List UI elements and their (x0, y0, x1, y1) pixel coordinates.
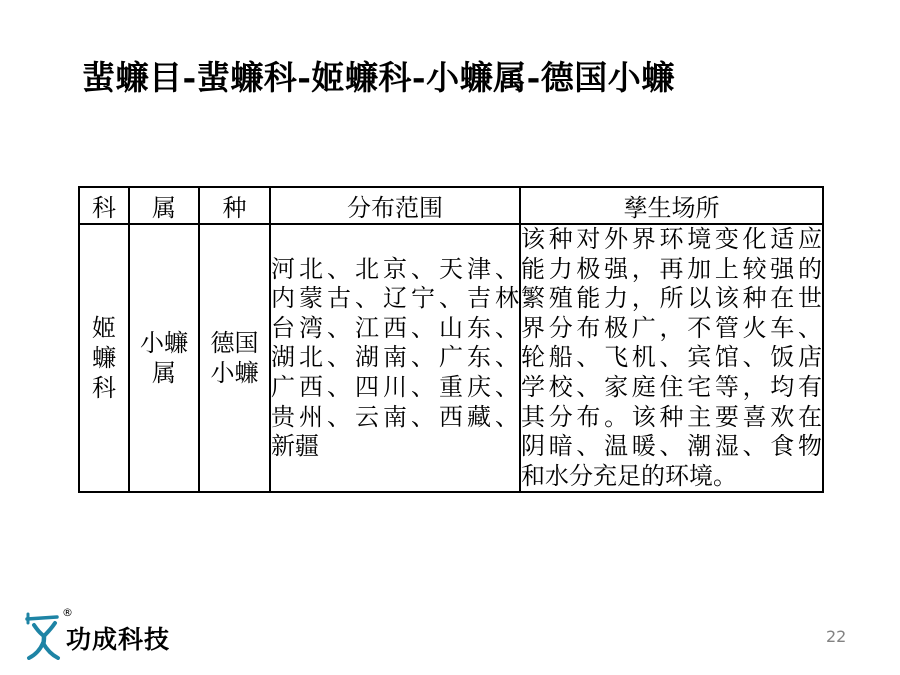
registered-trademark-symbol: ® (62, 606, 73, 619)
column-header-genus: 属 (129, 187, 199, 224)
genus-cell: 小蠊属 (129, 224, 199, 492)
habitat-cell: 该种对外界环境变化适应能力极强，再加上较强的繁殖能力，所以该种在世界分布极广，不… (520, 224, 823, 492)
distribution-cell: 河北、北京、天津、内蒙古、辽宁、吉林台湾、江西、山东、湖北、湖南、广东、广西、四… (270, 224, 520, 492)
logo-mark-icon (24, 610, 64, 660)
page-number: 22 (826, 627, 846, 646)
company-name: 功成科技 (66, 620, 170, 656)
column-header-species: 种 (199, 187, 270, 224)
table-header-row: 科 属 种 分布范围 孳生场所 (79, 187, 823, 224)
family-cell: 姬蠊科 (79, 224, 129, 492)
taxonomy-table: 科 属 种 分布范围 孳生场所 姬蠊科 小蠊属 德国小蠊 河北、北京、天津、内蒙… (78, 186, 824, 493)
column-header-family: 科 (79, 187, 129, 224)
column-header-habitat: 孳生场所 (520, 187, 823, 224)
column-header-distribution: 分布范围 (270, 187, 520, 224)
slide: 蜚蠊目-蜚蠊科-姬蠊科-小蠊属-德国小蠊 科 属 种 分布范围 孳生场所 姬蠊科… (0, 0, 900, 675)
species-cell: 德国小蠊 (199, 224, 270, 492)
page-title: 蜚蠊目-蜚蠊科-姬蠊科-小蠊属-德国小蠊 (82, 52, 675, 99)
company-logo: ® 功成科技 (24, 606, 254, 664)
table-row: 姬蠊科 小蠊属 德国小蠊 河北、北京、天津、内蒙古、辽宁、吉林台湾、江西、山东、… (79, 224, 823, 492)
